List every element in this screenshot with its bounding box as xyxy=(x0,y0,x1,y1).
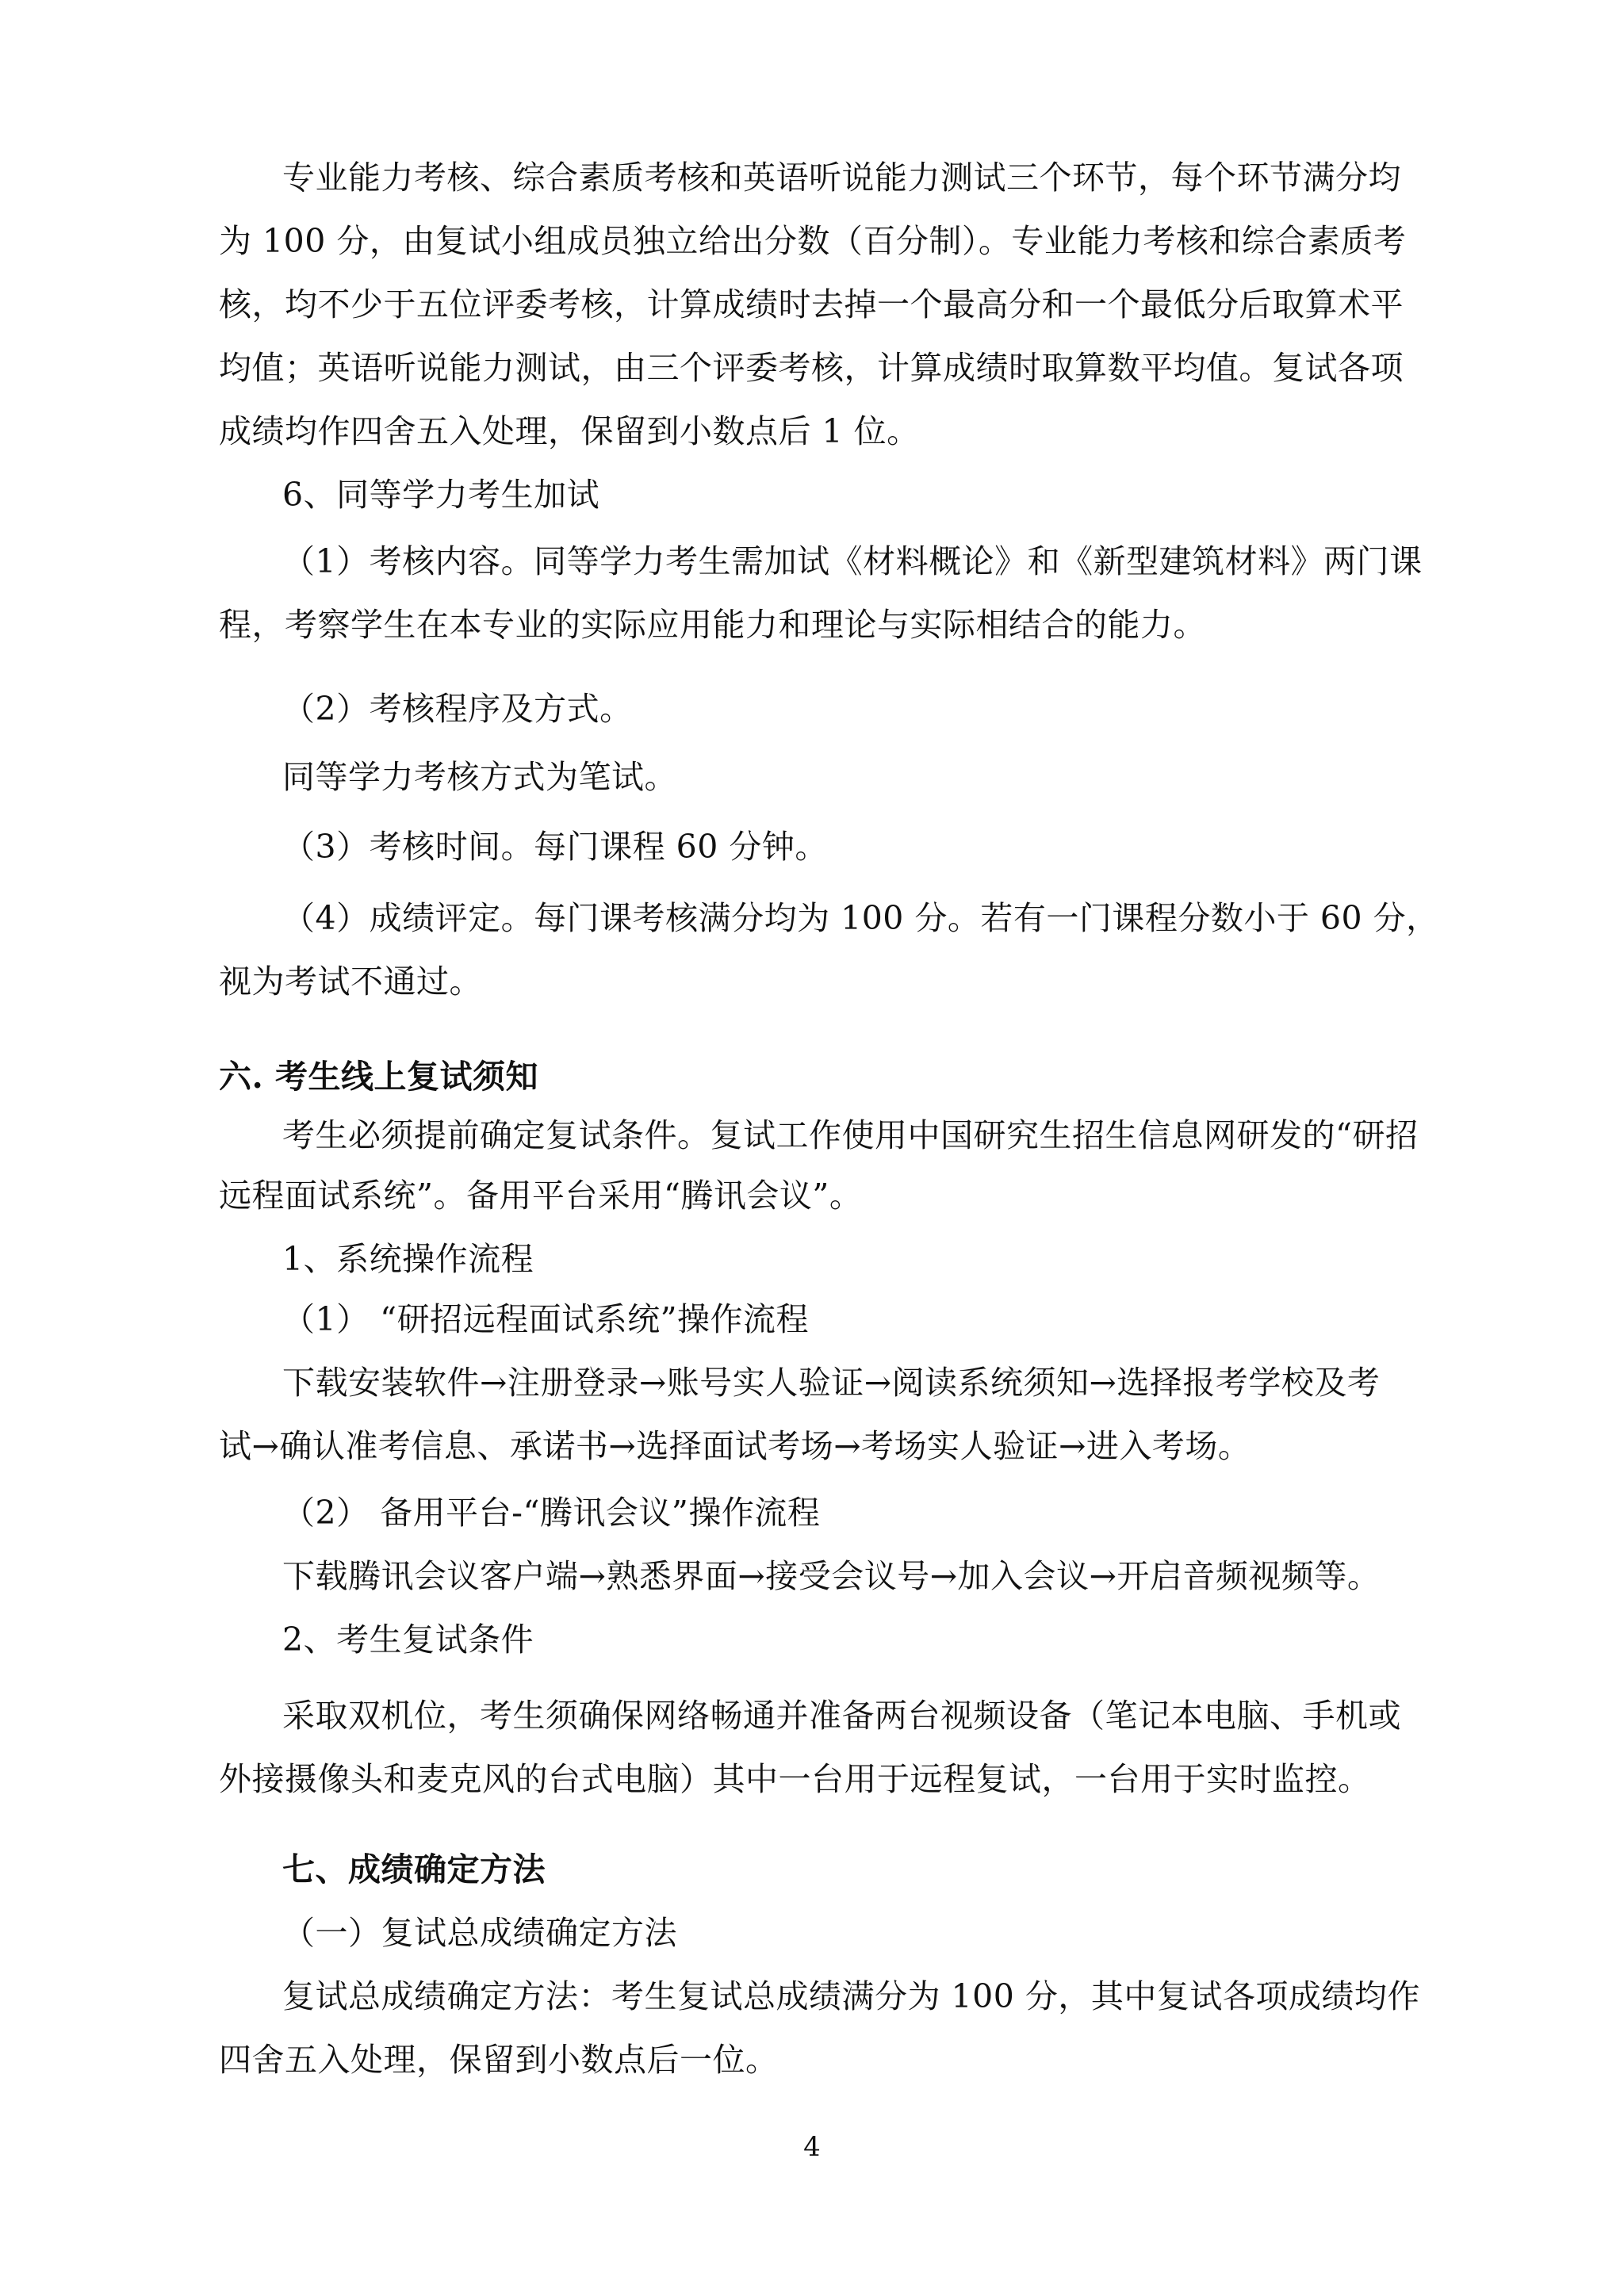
paragraph-line: （一）复试总成绩确定方法 xyxy=(282,1911,677,1955)
paragraph-line: 成绩均作四舍五入处理，保留到小数点后 1 位。 xyxy=(219,409,920,453)
paragraph-line: 视为考试不通过。 xyxy=(219,959,482,1004)
section-heading: 六. 考生线上复试须知 xyxy=(219,1054,538,1099)
paragraph-line: 为 100 分，由复试小组成员独立给出分数（百分制）。专业能力考核和综合素质考 xyxy=(219,219,1406,263)
document-page: 专业能力考核、综合素质考核和英语听说能力测试三个环节，每个环节满分均为 100 … xyxy=(0,0,1624,2296)
paragraph-line: 外接摄像头和麦克风的台式电脑）其中一台用于远程复试，一台用于实时监控。 xyxy=(219,1757,1371,1801)
paragraph-line: （3）考核时间。每门课程 60 分钟。 xyxy=(282,825,828,869)
paragraph-line: 采取双机位，考生须确保网络畅通并准备两台视频设备（笔记本电脑、手机或 xyxy=(282,1693,1401,1738)
paragraph-line: （4）成绩评定。每门课考核满分均为 100 分。若有一门课程分数小于 60 分， xyxy=(282,896,1439,940)
paragraph-line: 6、同等学力考生加试 xyxy=(282,473,599,517)
paragraph-line: （2） 备用平台-“腾讯会议”操作流程 xyxy=(282,1490,820,1535)
paragraph-line: （1）考核内容。同等学力考生需加试《材料概论》和《新型建筑材料》两门课 xyxy=(282,539,1423,584)
paragraph-line: 试→确认准考信息、承诺书→选择面试考场→考场实人验证→进入考场。 xyxy=(219,1424,1251,1468)
paragraph-line: 下载安装软件→注册登录→账号实人验证→阅读系统须知→选择报考学校及考 xyxy=(282,1360,1380,1405)
paragraph-line: 下载腾讯会议客户端→熟悉界面→接受会议号→加入会议→开启音频视频等。 xyxy=(282,1554,1380,1598)
paragraph-line: （2）考核程序及方式。 xyxy=(282,687,633,731)
paragraph-line: 复试总成绩确定方法：考生复试总成绩满分为 100 分，其中复试各项成绩均作 xyxy=(282,1974,1420,2019)
paragraph-line: 考生必须提前确定复试条件。复试工作使用中国研究生招生信息网研发的“研招 xyxy=(282,1113,1418,1158)
paragraph-line: （1） “研招远程面试系统”操作流程 xyxy=(282,1297,809,1341)
paragraph-line: 均值；英语听说能力测试，由三个评委考核，计算成绩时取算数平均值。复试各项 xyxy=(219,346,1404,390)
section-heading: 七、成绩确定方法 xyxy=(282,1847,546,1892)
paragraph-line: 专业能力考核、综合素质考核和英语听说能力测试三个环节，每个环节满分均 xyxy=(282,155,1401,200)
paragraph-line: 四舍五入处理，保留到小数点后一位。 xyxy=(219,2038,779,2082)
paragraph-line: 程，考察学生在本专业的实际应用能力和理论与实际相结合的能力。 xyxy=(219,603,1206,647)
paragraph-line: 1、系统操作流程 xyxy=(282,1237,534,1281)
paragraph-line: 同等学力考核方式为笔试。 xyxy=(282,755,677,799)
paragraph-line: 远程面试系统”。备用平台采用“腾讯会议”。 xyxy=(219,1173,862,1218)
page-number: 4 xyxy=(0,2131,1624,2163)
paragraph-line: 核，均不少于五位评委考核，计算成绩时去掉一个最高分和一个最低分后取算术平 xyxy=(219,282,1404,327)
paragraph-line: 2、考生复试条件 xyxy=(282,1617,534,1662)
